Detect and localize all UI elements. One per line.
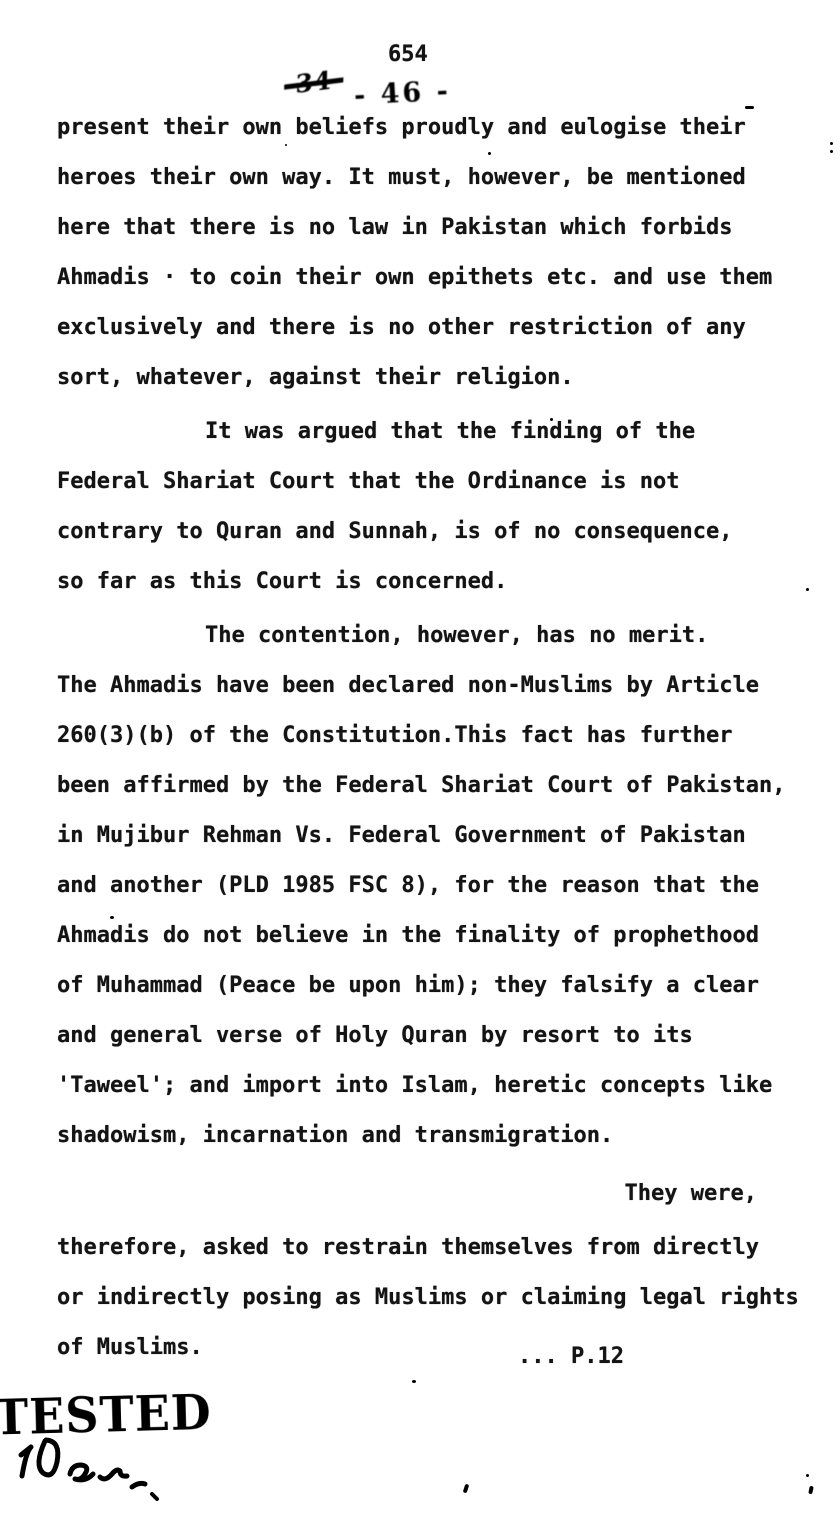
text-line: heroes their own way. It must, however, … [57,153,829,203]
text-line: so far as this Court is concerned. [57,557,829,607]
scan-speck [488,152,491,155]
text-line: They were, [57,1169,829,1219]
text-line: here that there is no law in Pakistan wh… [57,203,829,253]
text-line: exclusively and there is no other restri… [57,303,829,353]
text-line: and general verse of Holy Quran by resor… [57,1011,829,1061]
scan-speck [550,418,553,421]
text-line: and another (PLD 1985 FSC 8), for the re… [57,861,829,911]
scan-speck [806,1474,809,1477]
text-line: been affirmed by the Federal Shariat Cou… [57,761,829,811]
text-line: 'Taweel'; and import into Islam, heretic… [57,1061,829,1111]
text-line: Federal Shariat Court that the Ordinance… [57,457,829,507]
scan-speck [285,144,287,146]
scan-speck [745,106,754,109]
scan-speck [463,1484,470,1494]
handwritten-struck-number: -34- [284,64,344,101]
signature-scribble-icon [8,1430,168,1505]
text-line: It was argued that the finding of the [57,407,829,457]
body-text: present their own beliefs proudly and eu… [57,103,829,1373]
text-line: The contention, however, has no merit. [57,611,829,661]
text-line: or indirectly posing as Muslims or claim… [57,1273,829,1323]
text-line: Ahmadis · to coin their own epithets etc… [57,253,829,303]
scan-speck [806,588,809,591]
text-line: contrary to Quran and Sunnah, is of no c… [57,507,829,557]
page-number: 654 [388,42,428,67]
text-line: Ahmadis do not believe in the finality o… [57,911,829,961]
text-line: The Ahmadis have been declared non-Musli… [57,661,829,711]
text-line: 260(3)(b) of the Constitution.This fact … [57,711,829,761]
continuation-mark: ... P.12 [518,1344,624,1369]
text-line: sort, whatever, against their religion. [57,353,829,403]
scanned-document-page: 654 -34- - 46 - present their own belief… [0,0,840,1540]
text-line: of Muslims. [57,1323,829,1373]
scan-speck [830,150,833,153]
scan-speck [808,1486,814,1495]
scan-speck [110,916,114,919]
text-line: present their own beliefs proudly and eu… [57,103,829,153]
text-line: of Muhammad (Peace be upon him); they fa… [57,961,829,1011]
text-line: shadowism, incarnation and transmigratio… [57,1111,829,1161]
text-line: therefore, asked to restrain themselves … [57,1223,829,1273]
scan-speck [830,142,833,145]
text-line: in Mujibur Rehman Vs. Federal Government… [57,811,829,861]
scan-speck [412,1380,416,1383]
